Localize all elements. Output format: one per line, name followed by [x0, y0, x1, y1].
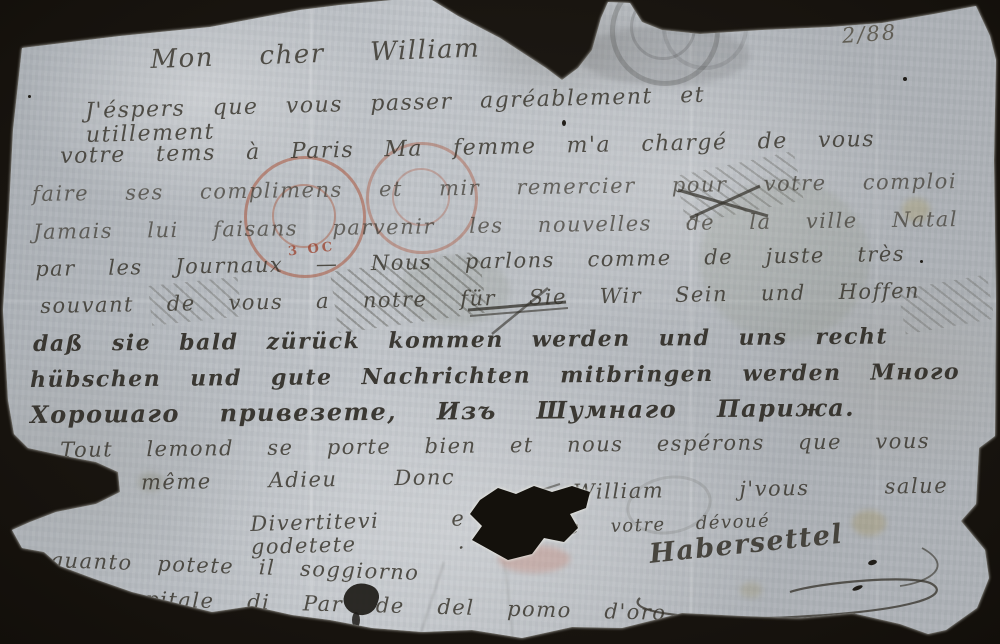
- scanned-letter-photo: 3 OC Mon cher William J'éspers que vous …: [0, 0, 1000, 644]
- letter-sheet-wrap: 3 OC Mon cher William J'éspers que vous …: [0, 0, 1000, 644]
- letter-sheet: 3 OC Mon cher William J'éspers que vous …: [0, 0, 1000, 644]
- torn-hole: [0, 0, 1000, 644]
- torn-hole-wrap: [0, 0, 1000, 644]
